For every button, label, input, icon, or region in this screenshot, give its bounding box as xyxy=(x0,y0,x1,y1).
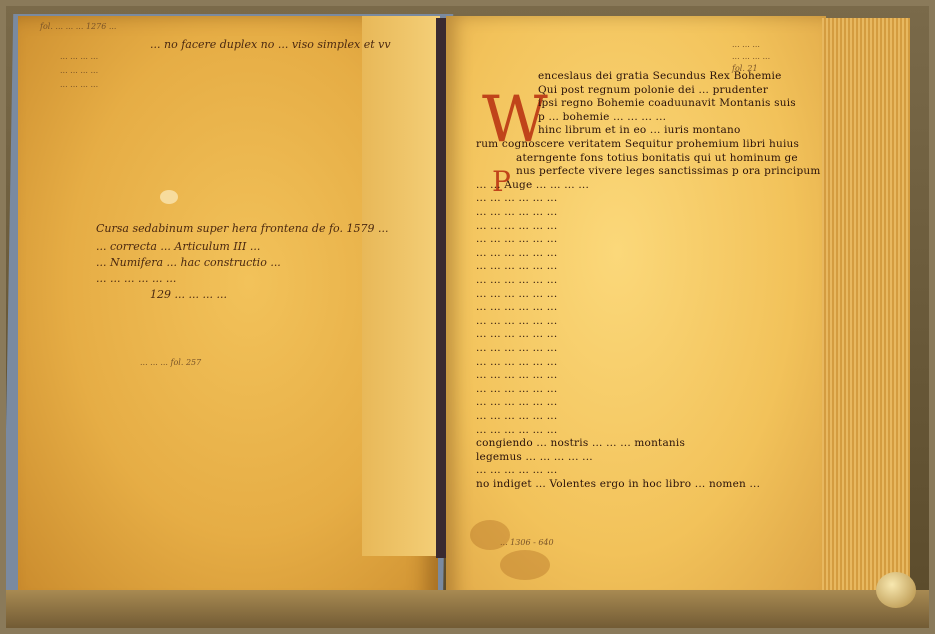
left-note-line: ... correcta ... Articulum III ... xyxy=(96,240,260,253)
corner-note: ... ... ... ... xyxy=(732,52,770,61)
museum-display: fol. ... ... ... 1276 ... ... no facere … xyxy=(0,0,935,634)
left-note-line: ... ... ... ... ... ... xyxy=(96,272,176,285)
manuscript-line: nus perfecte vivere leges sanctissimas p… xyxy=(516,165,820,179)
manuscript-line: p ... bohemie ... ... ... ... xyxy=(538,111,666,125)
manuscript-line: ... ... ... ... ... ... xyxy=(476,342,557,356)
corner-note: fol. 21 xyxy=(732,64,758,73)
left-note-line: ... Numifera ... hac constructio ... xyxy=(96,256,281,269)
stain xyxy=(470,520,510,550)
manuscript-line: hinc librum et in eo ... iuris montano xyxy=(538,124,741,138)
manuscript-line: ... ... ... ... ... ... xyxy=(476,247,557,261)
left-note-line: Cursa sedabinum super hera frontena de f… xyxy=(96,222,388,235)
manuscript-line: ... ... ... ... ... ... xyxy=(476,206,557,220)
left-marginal-note: ... ... ... ... xyxy=(60,66,98,75)
manuscript-line: ... ... ... ... ... ... xyxy=(476,424,557,438)
left-marginal-note: ... ... ... ... xyxy=(60,80,98,89)
manuscript-line: ... ... ... ... ... ... xyxy=(476,301,557,315)
left-heading-note: ... no facere duplex no ... viso simplex… xyxy=(150,38,391,51)
manuscript-line: ipsi regno Bohemie coaduunavit Montanis … xyxy=(538,97,796,111)
manuscript-line: no indiget ... Volentes ergo in hoc libr… xyxy=(476,478,760,492)
left-marginal-note: ... ... ... ... xyxy=(60,52,98,61)
manuscript-line: ... ... ... ... ... ... xyxy=(476,315,557,329)
manuscript-line: ... ... ... ... ... ... xyxy=(476,396,557,410)
left-lower-note: ... ... ... fol. 257 xyxy=(140,358,201,367)
manuscript-line: ... ... ... ... ... ... xyxy=(476,410,557,424)
manuscript-line: ... ... ... ... ... ... xyxy=(476,260,557,274)
manuscript-line: ... ... ... ... ... ... xyxy=(476,369,557,383)
manuscript-line: congiendo ... nostris ... ... ... montan… xyxy=(476,437,685,451)
manuscript-line: aterngente fons totius bonitatis qui ut … xyxy=(516,152,798,166)
manuscript-line: ... ... ... ... ... ... xyxy=(476,356,557,370)
manuscript-line: Qui post regnum polonie dei ... prudente… xyxy=(538,84,768,98)
glass-case-frame xyxy=(0,0,935,634)
manuscript-line: ... ... ... ... ... ... xyxy=(476,288,557,302)
stain xyxy=(500,550,550,580)
manuscript-line: ... ... ... ... ... ... xyxy=(476,192,557,206)
manuscript-line: legemus ... ... ... ... ... xyxy=(476,451,593,465)
manuscript-line: ... ... ... ... ... ... xyxy=(476,274,557,288)
manuscript-line: ... ... ... ... ... ... xyxy=(476,328,557,342)
manuscript-line: ... ... ... ... ... ... xyxy=(476,464,557,478)
manuscript-line: ... ... ... ... ... ... xyxy=(476,383,557,397)
left-note-line: 129 ... ... ... ... xyxy=(150,288,227,301)
corner-note: ... ... ... xyxy=(732,40,760,49)
left-top-note: fol. ... ... ... 1276 ... xyxy=(40,22,116,31)
manuscript-line: ... ... Auge ... ... ... ... xyxy=(476,179,589,193)
hole xyxy=(160,190,178,204)
manuscript-line: ... ... ... ... ... ... xyxy=(476,220,557,234)
manuscript-line: rum cognoscere veritatem Sequitur prohem… xyxy=(476,138,799,152)
manuscript-line: ... ... ... ... ... ... xyxy=(476,233,557,247)
